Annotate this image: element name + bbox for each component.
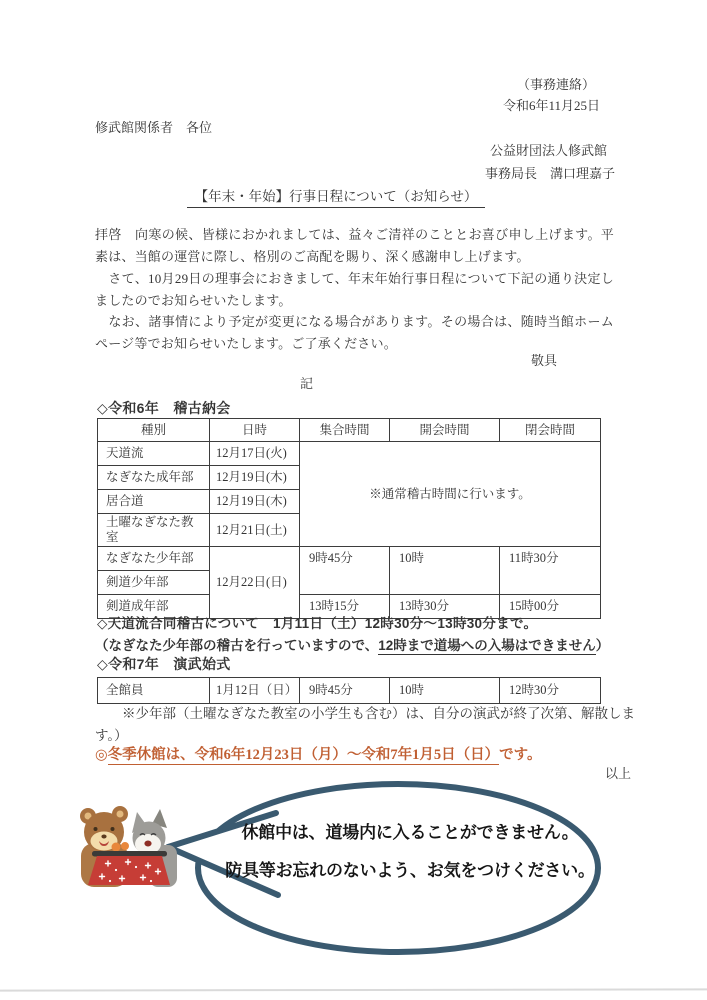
section3-heading: ◇令和7年 演武始式 [97, 654, 231, 674]
cell-type: 天道流 [98, 442, 210, 466]
cell-open: 10時 [390, 678, 500, 704]
table-row: 天道流 12月17日(火) ※通常稽古時間に行います。 [98, 442, 601, 466]
cell-gather: 9時45分 [300, 547, 390, 595]
paragraph-decision: さて、10月29日の理事会におきまして、年末年始行事日程について下記の通り決定し… [95, 268, 614, 311]
admin-note: （事務連絡） [517, 75, 595, 95]
document-date: 令和6年11月25日 [503, 96, 600, 116]
merged-note-cell: ※通常稽古時間に行います。 [300, 442, 601, 547]
section1-heading: ◇令和6年 稽古納会 [97, 398, 231, 418]
table-row: なぎなた少年部 12月22日(日) 9時45分 10時 11時30分 [98, 547, 601, 571]
cell-type: 剣道少年部 [98, 571, 210, 595]
cell-type: なぎなた成年部 [98, 466, 210, 490]
note-suffix: ） [596, 638, 610, 653]
recipient-line: 修武館関係者 各位 [95, 118, 212, 138]
cell-date: 12月19日(木) [210, 490, 300, 514]
keiko-noukai-table: 種別 日時 集合時間 開会時間 閉会時間 天道流 12月17日(火) ※通常稽古… [97, 418, 601, 619]
cell-close: 11時30分 [500, 547, 601, 595]
cell-close: 12時30分 [500, 678, 601, 704]
cell-date: 12月19日(木) [210, 466, 300, 490]
sender-name: 事務局長 溝口理嘉子 [485, 164, 615, 184]
col-header-close: 閉会時間 [500, 419, 601, 442]
section2-note: （なぎなた少年部の稽古を行っていますので、12時まで道場への入場はできません） [95, 634, 609, 654]
note-prefix: （なぎなた少年部の稽古を行っていますので、 [95, 638, 378, 653]
winter-closure-underlined: 冬季休館は、令和6年12月23日（月）〜令和7年1月5日（日） [108, 747, 500, 765]
winter-closure-suffix: です。 [499, 747, 541, 763]
winter-closure-line: ◎冬季休館は、令和6年12月23日（月）〜令和7年1月5日（日）です。 [95, 743, 542, 764]
cell-type: 居合道 [98, 490, 210, 514]
col-header-gather: 集合時間 [300, 419, 390, 442]
scanned-letter-page: （事務連絡） 令和6年11月25日 修武館関係者 各位 公益財団法人修武館 事務… [0, 0, 707, 1000]
cell-date: 12月21日(土) [210, 514, 300, 547]
cell-gather: 9時45分 [300, 678, 390, 704]
cell-open: 10時 [390, 547, 500, 595]
col-header-open: 開会時間 [390, 419, 500, 442]
cell-date: 1月12日（日） [210, 678, 300, 704]
cell-type: なぎなた少年部 [98, 547, 210, 571]
closing-keigu: 敬具 [531, 351, 557, 371]
note-underlined: 12時まで道場への入場はできません [378, 638, 596, 655]
bubble-line-1: 休館中は、道場内に入ることができません。 [155, 818, 665, 843]
cell-type: 土曜なぎなた教室 [98, 514, 210, 547]
bubble-line-2: 防具等お忘れのないよう、お気をつけください。 [145, 856, 675, 881]
cell-type: 全館員 [98, 678, 210, 704]
paragraph-greeting: 拝啓 向寒の候、皆様におかれましては、益々ご清祥のこととお喜び申し上げます。平素… [95, 224, 614, 267]
document-title: 【年末・年始】行事日程について（お知らせ） [0, 185, 672, 208]
shonenbu-note: ※少年部（土曜なぎなた教室の小学生も含む）は、自分の演武が終了次第、解散します。… [95, 703, 641, 746]
cell-date: 12月17日(火) [210, 442, 300, 466]
organization-name: 公益財団法人修武館 [490, 141, 607, 161]
scan-edge-line [0, 988, 707, 991]
table-row: 全館員 1月12日（日） 9時45分 10時 12時30分 [98, 678, 601, 704]
paragraph-caveat: なお、諸事情により予定が変更になる場合があります。その場合は、随時当館ホームペー… [95, 311, 614, 354]
record-mark: 記 [300, 374, 313, 394]
col-header-date: 日時 [210, 419, 300, 442]
double-circle-mark: ◎ [95, 747, 108, 763]
col-header-type: 種別 [98, 419, 210, 442]
table-header-row: 種別 日時 集合時間 開会時間 閉会時間 [98, 419, 601, 442]
cell-date-merged: 12月22日(日) [210, 547, 300, 619]
section2-heading: ◇天道流合同稽古について 1月11日（土）12時30分〜13時30分まで。 [97, 612, 537, 632]
enbu-table: 全館員 1月12日（日） 9時45分 10時 12時30分 [97, 677, 601, 704]
